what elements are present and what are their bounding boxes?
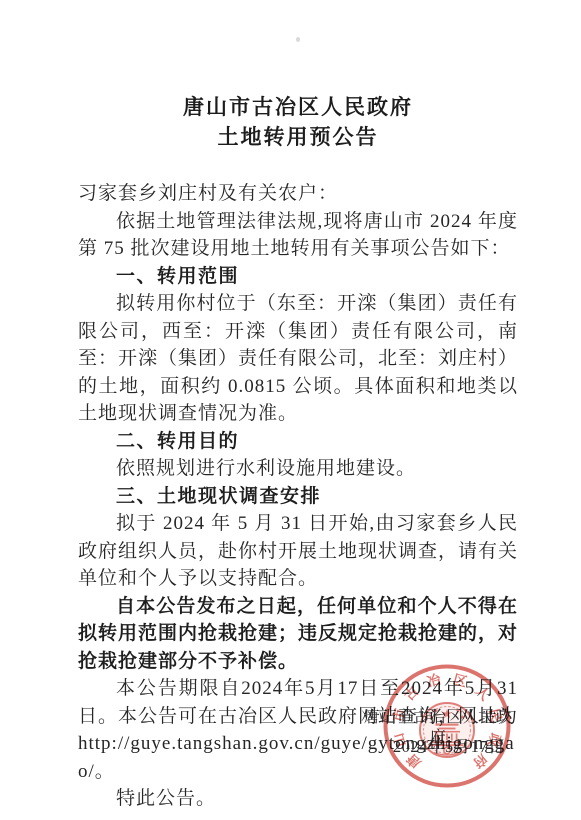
seal-arc-char: 民	[486, 707, 504, 724]
section3-paragraph: 拟于 2024 年 5 月 31 日开始,由习家套乡人民政府组织人员，赴你村开展…	[78, 510, 518, 593]
section3-heading: 三、土地现状调查安排	[78, 483, 518, 511]
official-seal: 唐山市古冶区人民政府 ★ ★ ★ ★ ★	[379, 662, 515, 790]
seal-arc-char: 政	[485, 731, 504, 749]
national-emblem-icon: ★ ★ ★ ★ ★	[420, 703, 474, 757]
emblem-big-star-icon: ★	[442, 709, 452, 721]
seal-arc-char: 冶	[425, 671, 443, 690]
salutation: 习家套乡刘庄村及有关农户：	[78, 180, 518, 208]
scan-artifact-speck	[296, 37, 300, 42]
seal-arc-char: 市	[389, 706, 408, 723]
title-subject-line: 土地转用预公告	[78, 122, 518, 152]
seal-arc-char: 区	[452, 672, 469, 690]
section2-paragraph: 依照规划进行水利设施用地建设。	[78, 455, 518, 483]
title-issuer-line: 唐山市古冶区人民政府	[78, 92, 518, 122]
section1-heading: 一、转用范围	[78, 263, 518, 291]
scanned-notice-page: 唐山市古冶区人民政府 土地转用预公告 习家套乡刘庄村及有关农户： 依据土地管理法…	[0, 0, 581, 820]
section1-paragraph: 拟转用你村位于（东至：开滦（集团）责任有限公司，西至：开滦（集团）责任有限公司，…	[78, 290, 518, 428]
seal-arc-char: 人	[473, 683, 494, 703]
seal-arc-char: 山	[391, 731, 409, 748]
section2-heading: 二、转用目的	[78, 428, 518, 456]
intro-paragraph: 依据土地管理法律法规,现将唐山市 2024 年度第 75 批次建设用地土地转用有…	[78, 208, 518, 263]
document-title: 唐山市古冶区人民政府 土地转用预公告	[78, 92, 518, 152]
